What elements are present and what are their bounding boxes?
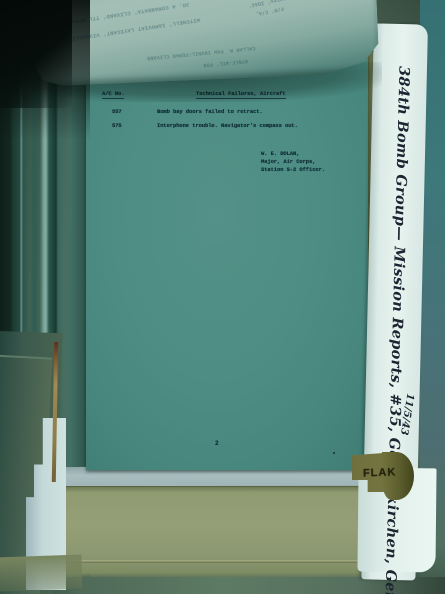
- failure-description: Interphone trouble. Navigator's compass …: [157, 122, 298, 129]
- folder-bottom: [58, 486, 396, 580]
- document-page: A/C No. Technical Failures, Aircraft 557…: [86, 56, 374, 470]
- aircraft-number: 557: [112, 108, 122, 115]
- flak-tab-label: FLAK: [363, 467, 397, 479]
- folder-crease: [60, 560, 394, 563]
- showthrough-text: F/M' C/A,: [255, 5, 284, 16]
- page-corner-tan: [0, 555, 83, 592]
- signature-title: Station S-2 Officer.: [261, 166, 325, 174]
- signature-name: W. E. DOLAN,: [261, 150, 325, 158]
- showthrough-text: WYNLF-WIL' FOR: [203, 58, 248, 67]
- aircraft-number: 575: [112, 122, 122, 129]
- shadow-left-stack: [0, 0, 90, 140]
- dust-speck: [333, 452, 335, 454]
- archival-photo-scene: A/C No. Technical Failures, Aircraft 557…: [0, 0, 445, 594]
- page-number: 2: [215, 440, 219, 448]
- signature-rank: Major, Air Corps,: [261, 158, 325, 166]
- failure-description: Bomb bay doors failed to retract.: [157, 108, 263, 115]
- signature-block: W. E. DOLAN, Major, Air Corps, Station S…: [261, 150, 325, 174]
